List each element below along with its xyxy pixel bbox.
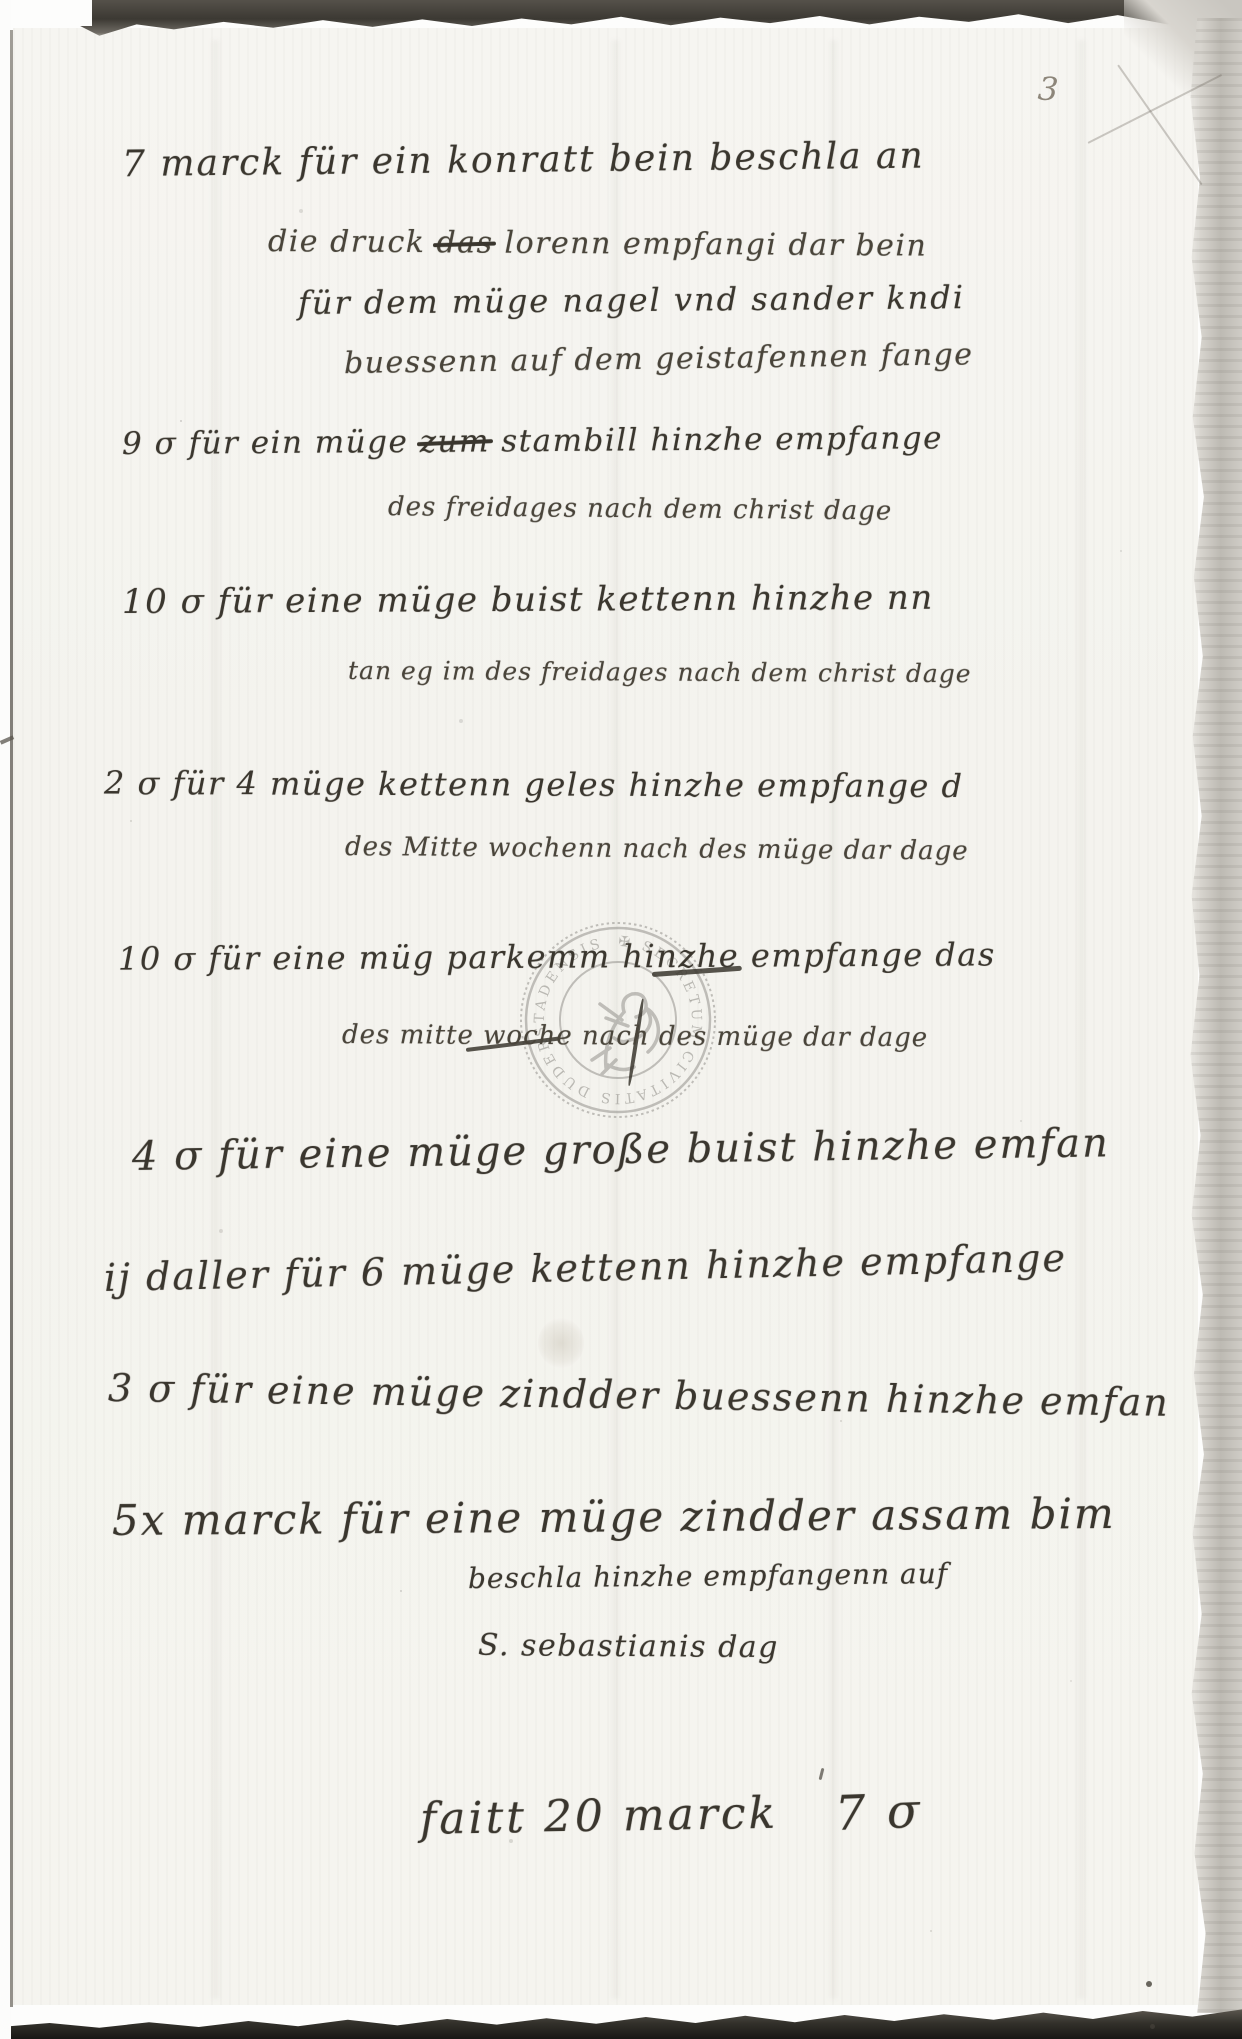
manuscript-line-10: des Mitte wochenn nach des müge dar dage [345,832,969,866]
manuscript-line-12: des mitte woche nach des müge dar dage [342,1020,928,1053]
scanner-margin [0,0,92,26]
line-2-post: lorenn empfangi dar bein [493,226,927,264]
line-2-pre: die druck [268,224,437,260]
manuscript-line-6: des freidages nach dem christ dage [388,492,892,526]
ink-speck [1150,2024,1155,2029]
manuscript-line-1: 7 marck für ein konratt bein beschla an [122,136,925,185]
manuscript-line-11: 10 σ für eine müg parkemm hinzhe empfang… [118,935,996,978]
fold-line [1078,40,1085,1999]
manuscript-line-2: die druck das lorenn empfangi dar bein [268,224,928,264]
manuscript-line-8: tan eg im des freidages nach dem christ … [348,656,972,688]
manuscript-line-5: 9 σ für ein müge zum stambill hinzhe emp… [122,420,943,462]
page-number: 3 [1037,69,1060,108]
fold-line [830,40,837,1999]
total-label: faitt 20 marck [420,1788,779,1845]
ink-speck [1146,1981,1152,1987]
manuscript-line-3: für dem müge nagel vnd sander kndi [298,278,965,322]
paper-stain [538,1318,584,1368]
line-5-post: stambill hinzhe empfange [490,420,943,459]
line-2-struck-word: das [436,225,493,260]
line-5-pre: 9 σ für ein müge [122,424,420,462]
manuscript-line-7: 10 σ für eine müge buist kettenn hinzhe … [122,578,934,622]
manuscript-line-17: beschla hinzhe empfangenn auf [468,1557,948,1595]
line-5-struck-word: zum [420,423,490,459]
manuscript-line-9: 2 σ für 4 müge kettenn geles hinzhe empf… [104,764,964,805]
manuscript-line-16: 5x marck für eine müge zindder assam bim [112,1489,1116,1545]
manuscript-line-18: S. sebastianis dag [478,1628,779,1665]
binding-crease [10,30,13,2007]
fold-line [212,40,219,1999]
torn-edge-bottom [0,1999,1242,2039]
total-amount: 7 σ [834,1783,923,1842]
manuscript-scan: ✠ SECRETUM CIVITATIS DUDERSTADENSIS 3 7 … [0,0,1242,2039]
